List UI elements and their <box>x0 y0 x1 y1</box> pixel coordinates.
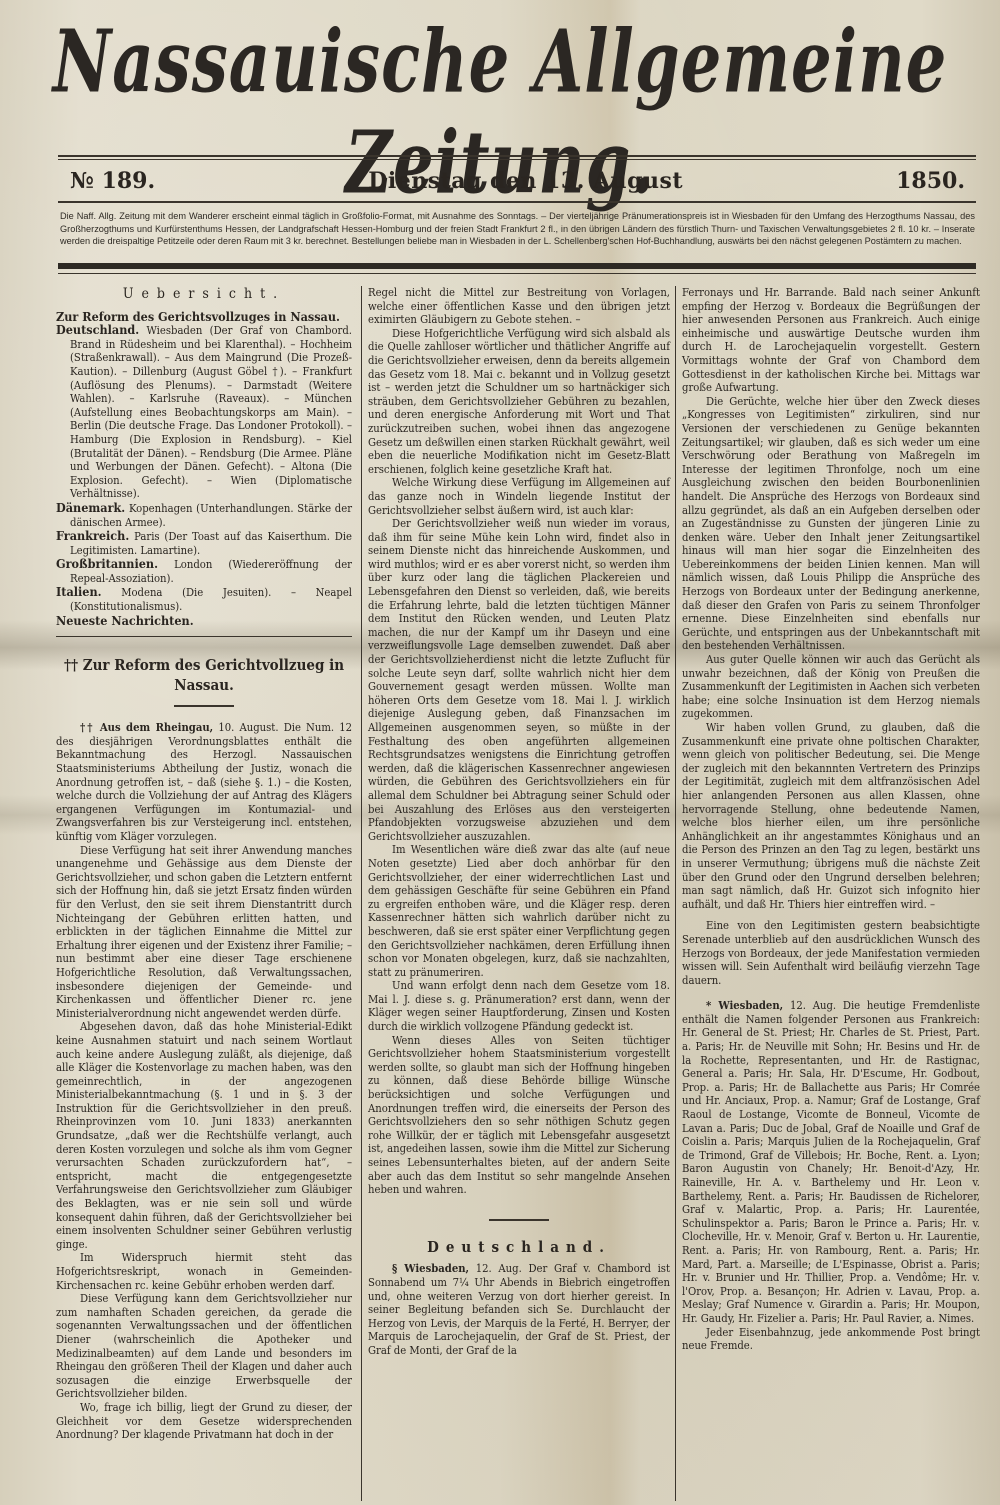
article-paragraph: Regel nicht die Mittel zur Bestreitung v… <box>368 286 670 327</box>
section-rule <box>56 636 352 637</box>
short-rule <box>174 705 234 707</box>
article-text: Die heutige Fremdenliste enthält die Nam… <box>682 999 980 1325</box>
article-date: 12. Aug. <box>476 1262 522 1275</box>
dateline-rule <box>58 201 976 203</box>
article-paragraph: †† Aus dem Rheingau, 10. August. Die Num… <box>56 721 352 843</box>
overview-entry: Dänemark. Kopenhagen (Unterhandlungen. S… <box>56 501 352 529</box>
article-text: Die Num. 12 des diesjährigen Verordnungs… <box>56 721 352 843</box>
overview-entry-head: Dänemark. <box>56 500 125 515</box>
overview-entry: Frankreich. Paris (Der Toast auf das Kai… <box>56 529 352 557</box>
newspaper-page: Nassauische Allgemeine Zeitung. № 189. D… <box>0 0 1000 1505</box>
overview-entry: Deutschland. Wiesbaden (Der Graf von Cha… <box>56 323 352 501</box>
subscription-notice: Die Naff. Allg. Zeitung mit dem Wanderer… <box>60 210 975 248</box>
column-rule <box>361 286 362 1501</box>
issue-number: № 189. <box>70 168 155 194</box>
article-date: 10. August. <box>218 721 278 734</box>
article-paragraph: Der Gerichtsvollzieher weiß nun wieder i… <box>368 517 670 843</box>
overview-entry-head: Frankreich. <box>56 528 129 543</box>
article-paragraph: * Wiesbaden, 12. Aug. Die heutige Fremde… <box>682 999 980 1325</box>
masthead: Nassauische Allgemeine Zeitung. <box>0 38 1000 188</box>
article-paragraph: Wir haben vollen Grund, zu glauben, daß … <box>682 721 980 911</box>
article-paragraph: Wo, frage ich billig, liegt der Grund zu… <box>56 1401 352 1442</box>
overview-entry-head: Italien. <box>56 584 102 599</box>
overview-entry-head: Neueste Nachrichten. <box>56 613 194 628</box>
article-paragraph: Im Wesentlichen wäre dieß zwar das alte … <box>368 843 670 979</box>
overview-entry-head: Großbritannien. <box>56 556 158 571</box>
overview-entry: Neueste Nachrichten. <box>56 614 352 629</box>
issue-year: 1850. <box>896 168 965 194</box>
overview-entry-text: Wiesbaden (Der Graf von Chambord. Brand … <box>70 324 352 500</box>
section-title-deutschland: Deutschland. <box>368 1241 670 1255</box>
overview-lead: Zur Reform des Gerichtsvollzuges in Nass… <box>56 310 352 324</box>
article-paragraph: Diese Verfügung kann dem Gerichtsvollzie… <box>56 1292 352 1401</box>
overview-entry: Großbritannien. London (Wiedereröffnung … <box>56 557 352 585</box>
article-paragraph: Welche Wirkung diese Verfügung im Allgem… <box>368 476 670 517</box>
masthead-rule <box>58 155 976 160</box>
overview-entry-text: Modena (Die Jesuiten). – Neapel (Konstit… <box>70 586 352 613</box>
article-paragraph: Die Gerüchte, welche hier über den Zweck… <box>682 395 980 653</box>
dateline: № 189. Dienstag den 13. August 1850. <box>70 168 965 194</box>
overview-title: Uebersicht. <box>56 288 352 302</box>
article-paragraph: Abgesehen davon, daß das hohe Ministeria… <box>56 1020 352 1251</box>
overview-section: Uebersicht. Zur Reform des Gerichtsvollz… <box>56 288 352 628</box>
article-headline: †† Zur Reform des Gerichtvollzueg in Nas… <box>56 655 352 695</box>
header-thick-rule <box>58 263 976 269</box>
issue-date: Dienstag den 13. August <box>368 168 683 194</box>
article-paragraph: § Wiesbaden, 12. Aug. Der Graf v. Chambo… <box>368 1262 670 1357</box>
column-3: Ferronays und Hr. Barrande. Bald nach se… <box>682 286 980 1353</box>
column-1: Uebersicht. Zur Reform des Gerichtsvollz… <box>56 286 352 1442</box>
article-date: 12. Aug. <box>790 999 836 1012</box>
column-rule <box>675 286 676 1501</box>
column-2: Regel nicht die Mittel zur Bestreitung v… <box>368 286 670 1358</box>
article-paragraph: Ferronays und Hr. Barrande. Bald nach se… <box>682 286 980 395</box>
short-rule <box>489 1219 549 1221</box>
article-paragraph: Jeder Eisenbahnzug, jede ankommende Post… <box>682 1326 980 1353</box>
article-paragraph: Wenn dieses Alles von Seiten tüchtiger G… <box>368 1034 670 1197</box>
overview-entry-head: Deutschland. <box>56 322 139 337</box>
article-paragraph: Und wann erfolgt denn nach dem Gesetze v… <box>368 979 670 1033</box>
article-paragraph: Diese Verfügung hat seit ihrer Anwendung… <box>56 844 352 1021</box>
article-dateline: * Wiesbaden, <box>706 998 783 1012</box>
overview-entry: Italien. Modena (Die Jesuiten). – Neapel… <box>56 585 352 613</box>
article-text: Der Graf v. Chambord ist Sonnabend um 7¼… <box>368 1262 670 1357</box>
header-thin-rule <box>58 273 976 274</box>
article-paragraph: Eine von den Legitimisten gestern beabsi… <box>682 919 980 987</box>
article-dateline: § Wiesbaden, <box>392 1261 469 1275</box>
article-dateline: †† Aus dem Rheingau, <box>80 720 213 734</box>
article-paragraph: Diese Hofgerichtliche Verfügung wird sic… <box>368 327 670 477</box>
article-paragraph: Im Widerspruch hiermit steht das Hofgeri… <box>56 1251 352 1292</box>
article-paragraph: Aus guter Quelle können wir auch das Ger… <box>682 653 980 721</box>
